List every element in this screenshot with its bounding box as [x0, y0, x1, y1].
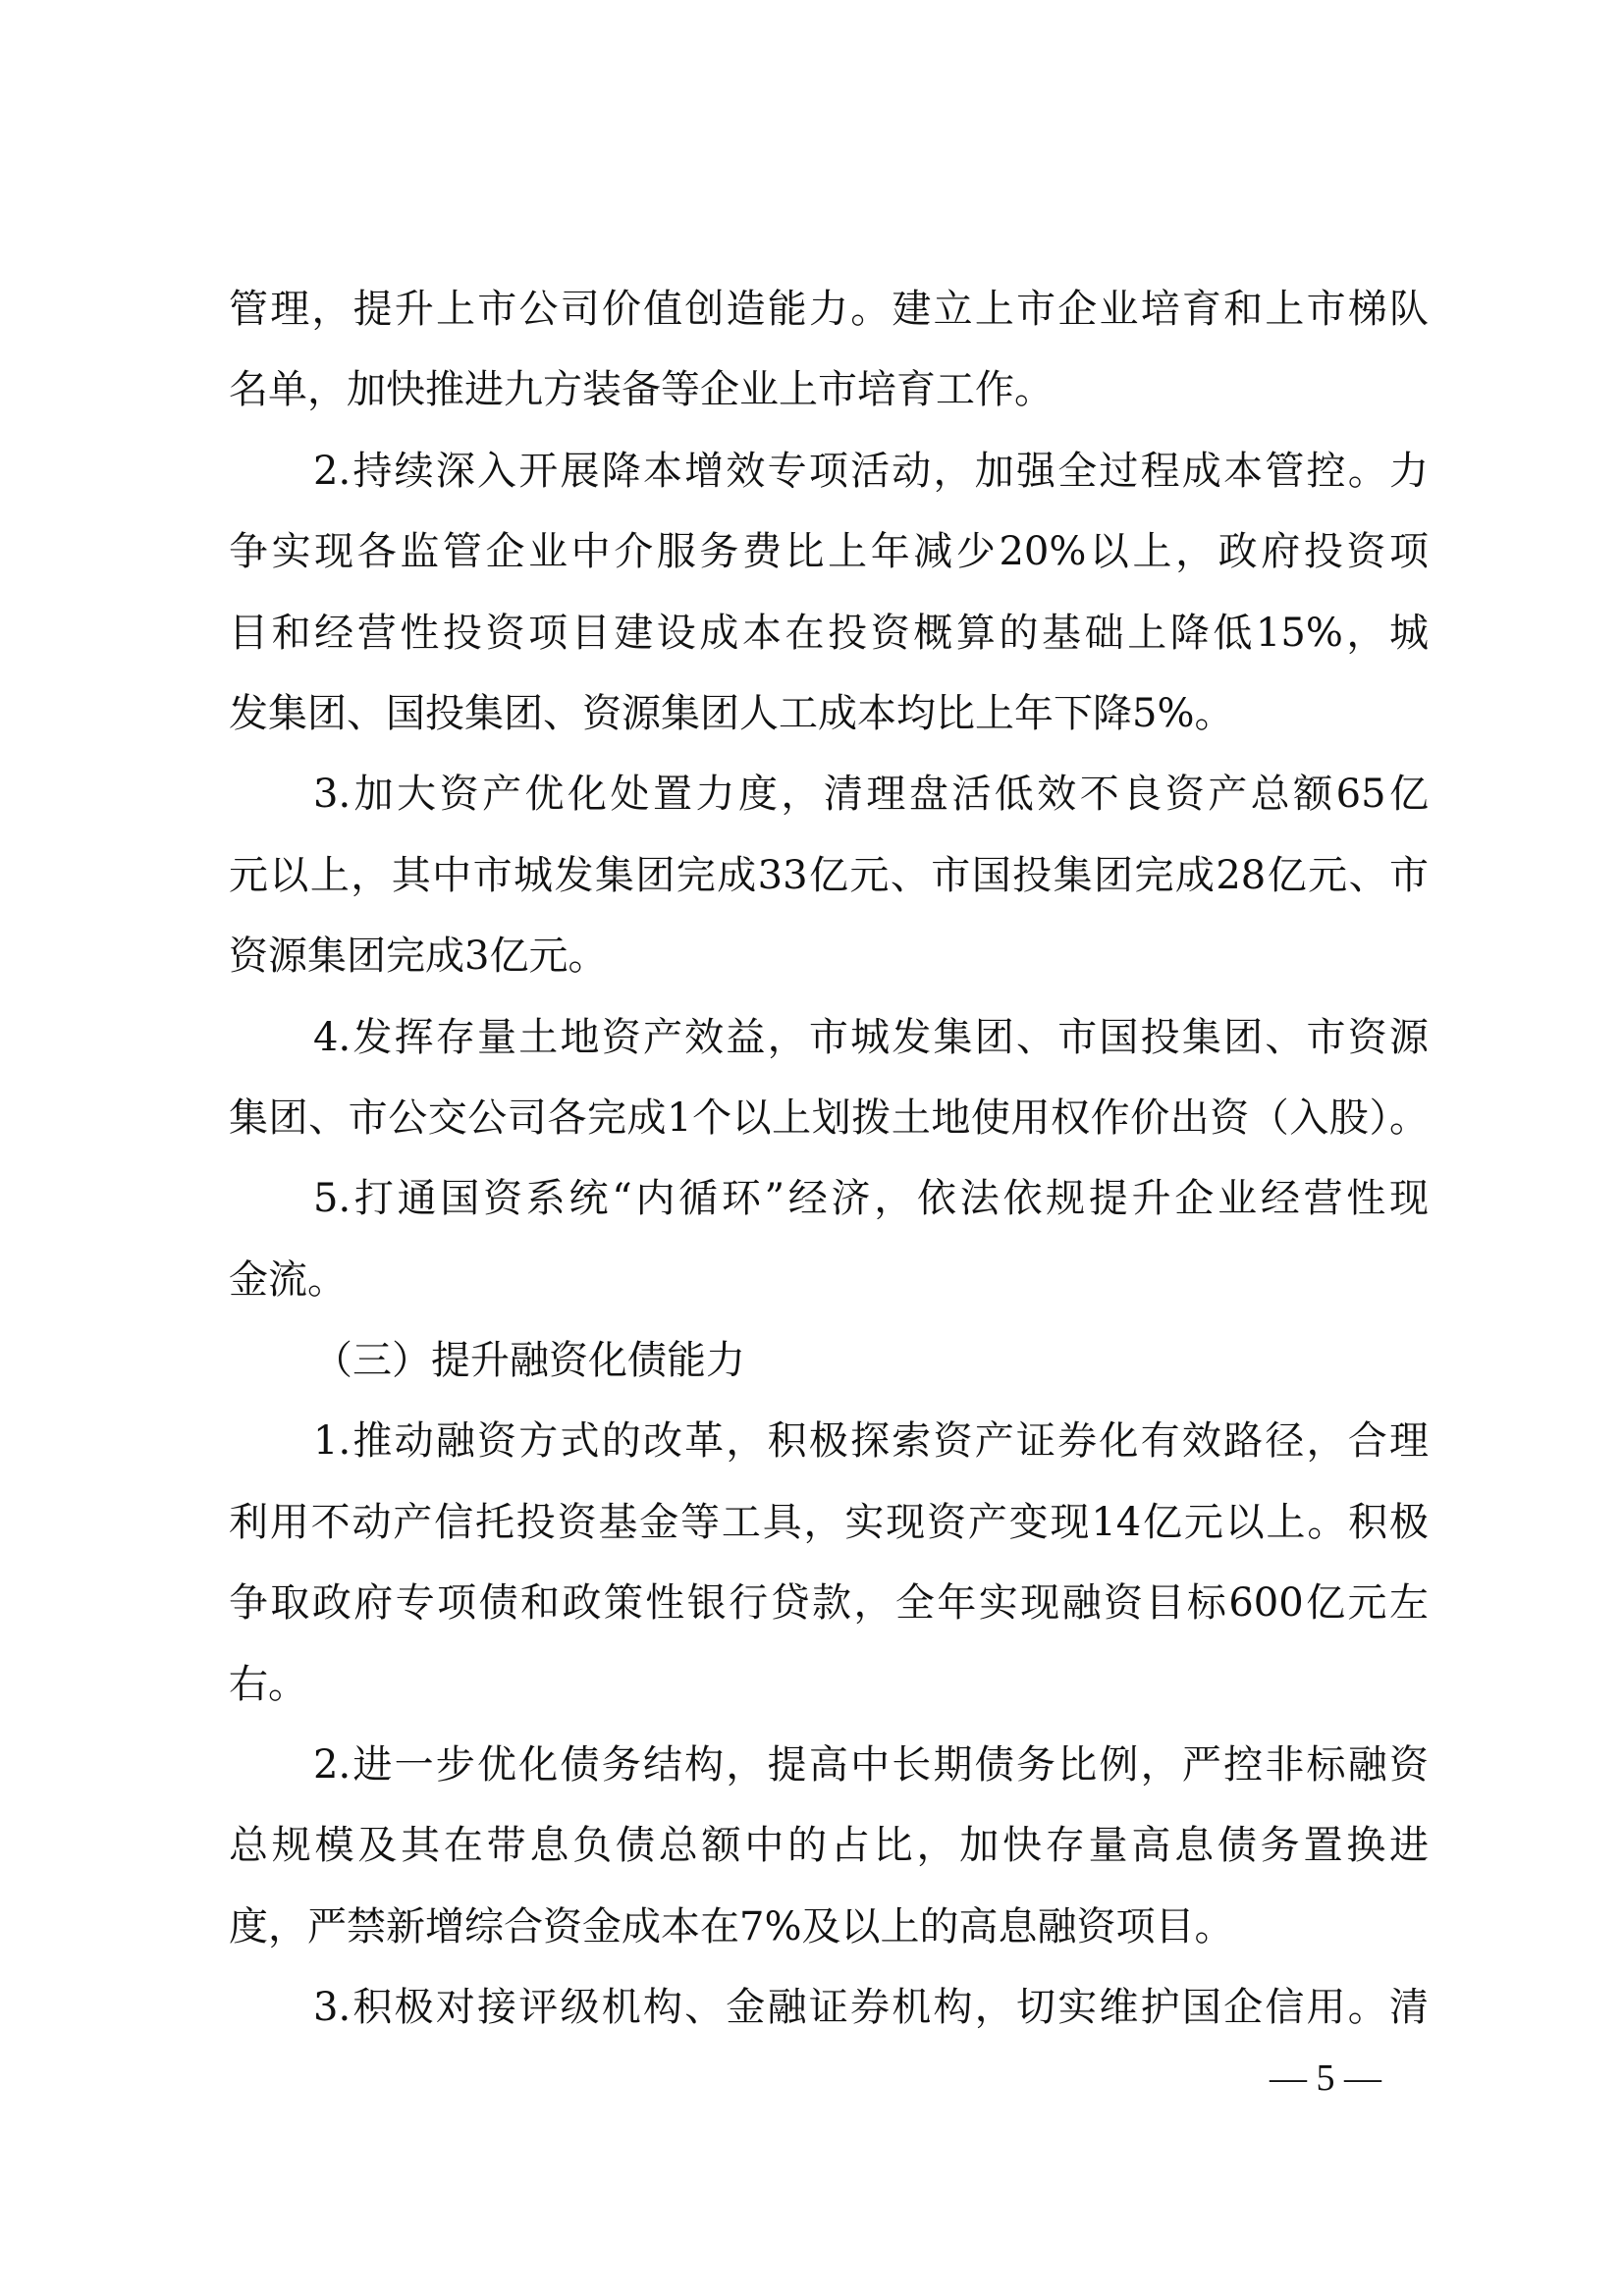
text-line-6: 发集团、国投集团、资源集团人工成本均比上年下降5%。: [229, 673, 1429, 754]
text-line-15: 1.推动融资方式的改革，积极探索资产证券化有效路径，合理: [229, 1401, 1429, 1481]
text-line-12: 5.打通国资系统“内循环”经济，依法依规提升企业经营性现: [229, 1158, 1429, 1239]
text-line-10: 4.发挥存量土地资产效益，市城发集团、市国投集团、市资源: [229, 997, 1429, 1078]
text-line-17: 争取政府专项债和政策性银行贷款，全年实现融资目标600亿元左: [229, 1563, 1429, 1643]
section-heading: （三）提升融资化债能力: [229, 1320, 1429, 1401]
text-line-20: 总规模及其在带息负债总额中的占比，加快存量高息债务置换进: [229, 1805, 1429, 1886]
text-line-18: 右。: [229, 1644, 1429, 1725]
text-line-4: 争实现各监管企业中介服务费比上年减少20%以上，政府投资项: [229, 511, 1429, 592]
body-text: 管理，提升上市公司价值创造能力。建立上市企业培育和上市梯队 名单，加快推进九方装…: [229, 269, 1429, 2049]
text-line-13: 金流。: [229, 1240, 1429, 1320]
text-line-3: 2.持续深入开展降本增效专项活动，加强全过程成本管控。力: [229, 431, 1429, 511]
text-line-11: 集团、市公交公司各完成1个以上划拨土地使用权作价出资（入股）。: [229, 1078, 1429, 1158]
text-line-7: 3.加大资产优化处置力度，清理盘活低效不良资产总额65亿: [229, 754, 1429, 834]
text-line-16: 利用不动产信托投资基金等工具，实现资产变现14亿元以上。积极: [229, 1482, 1429, 1563]
text-line-19: 2.进一步优化债务结构，提高中长期债务比例，严控非标融资: [229, 1725, 1429, 1805]
text-line-9: 资源集团完成3亿元。: [229, 916, 1429, 996]
text-line-22: 3.积极对接评级机构、金融证券机构，切实维护国企信用。清: [229, 1967, 1429, 2048]
text-line-21: 度，严禁新增综合资金成本在7%及以上的高息融资项目。: [229, 1887, 1429, 1967]
text-line-2: 名单，加快推进九方装备等企业上市培育工作。: [229, 349, 1429, 430]
page-number: — 5 —: [1257, 2054, 1394, 2103]
text-line-8: 元以上，其中市城发集团完成33亿元、市国投集团完成28亿元、市: [229, 835, 1429, 916]
text-line-5: 目和经营性投资项目建设成本在投资概算的基础上降低15%，城: [229, 593, 1429, 673]
document-page: 管理，提升上市公司价值创造能力。建立上市企业培育和上市梯队 名单，加快推进九方装…: [0, 0, 1623, 2296]
text-line-1: 管理，提升上市公司价值创造能力。建立上市企业培育和上市梯队: [229, 269, 1429, 349]
